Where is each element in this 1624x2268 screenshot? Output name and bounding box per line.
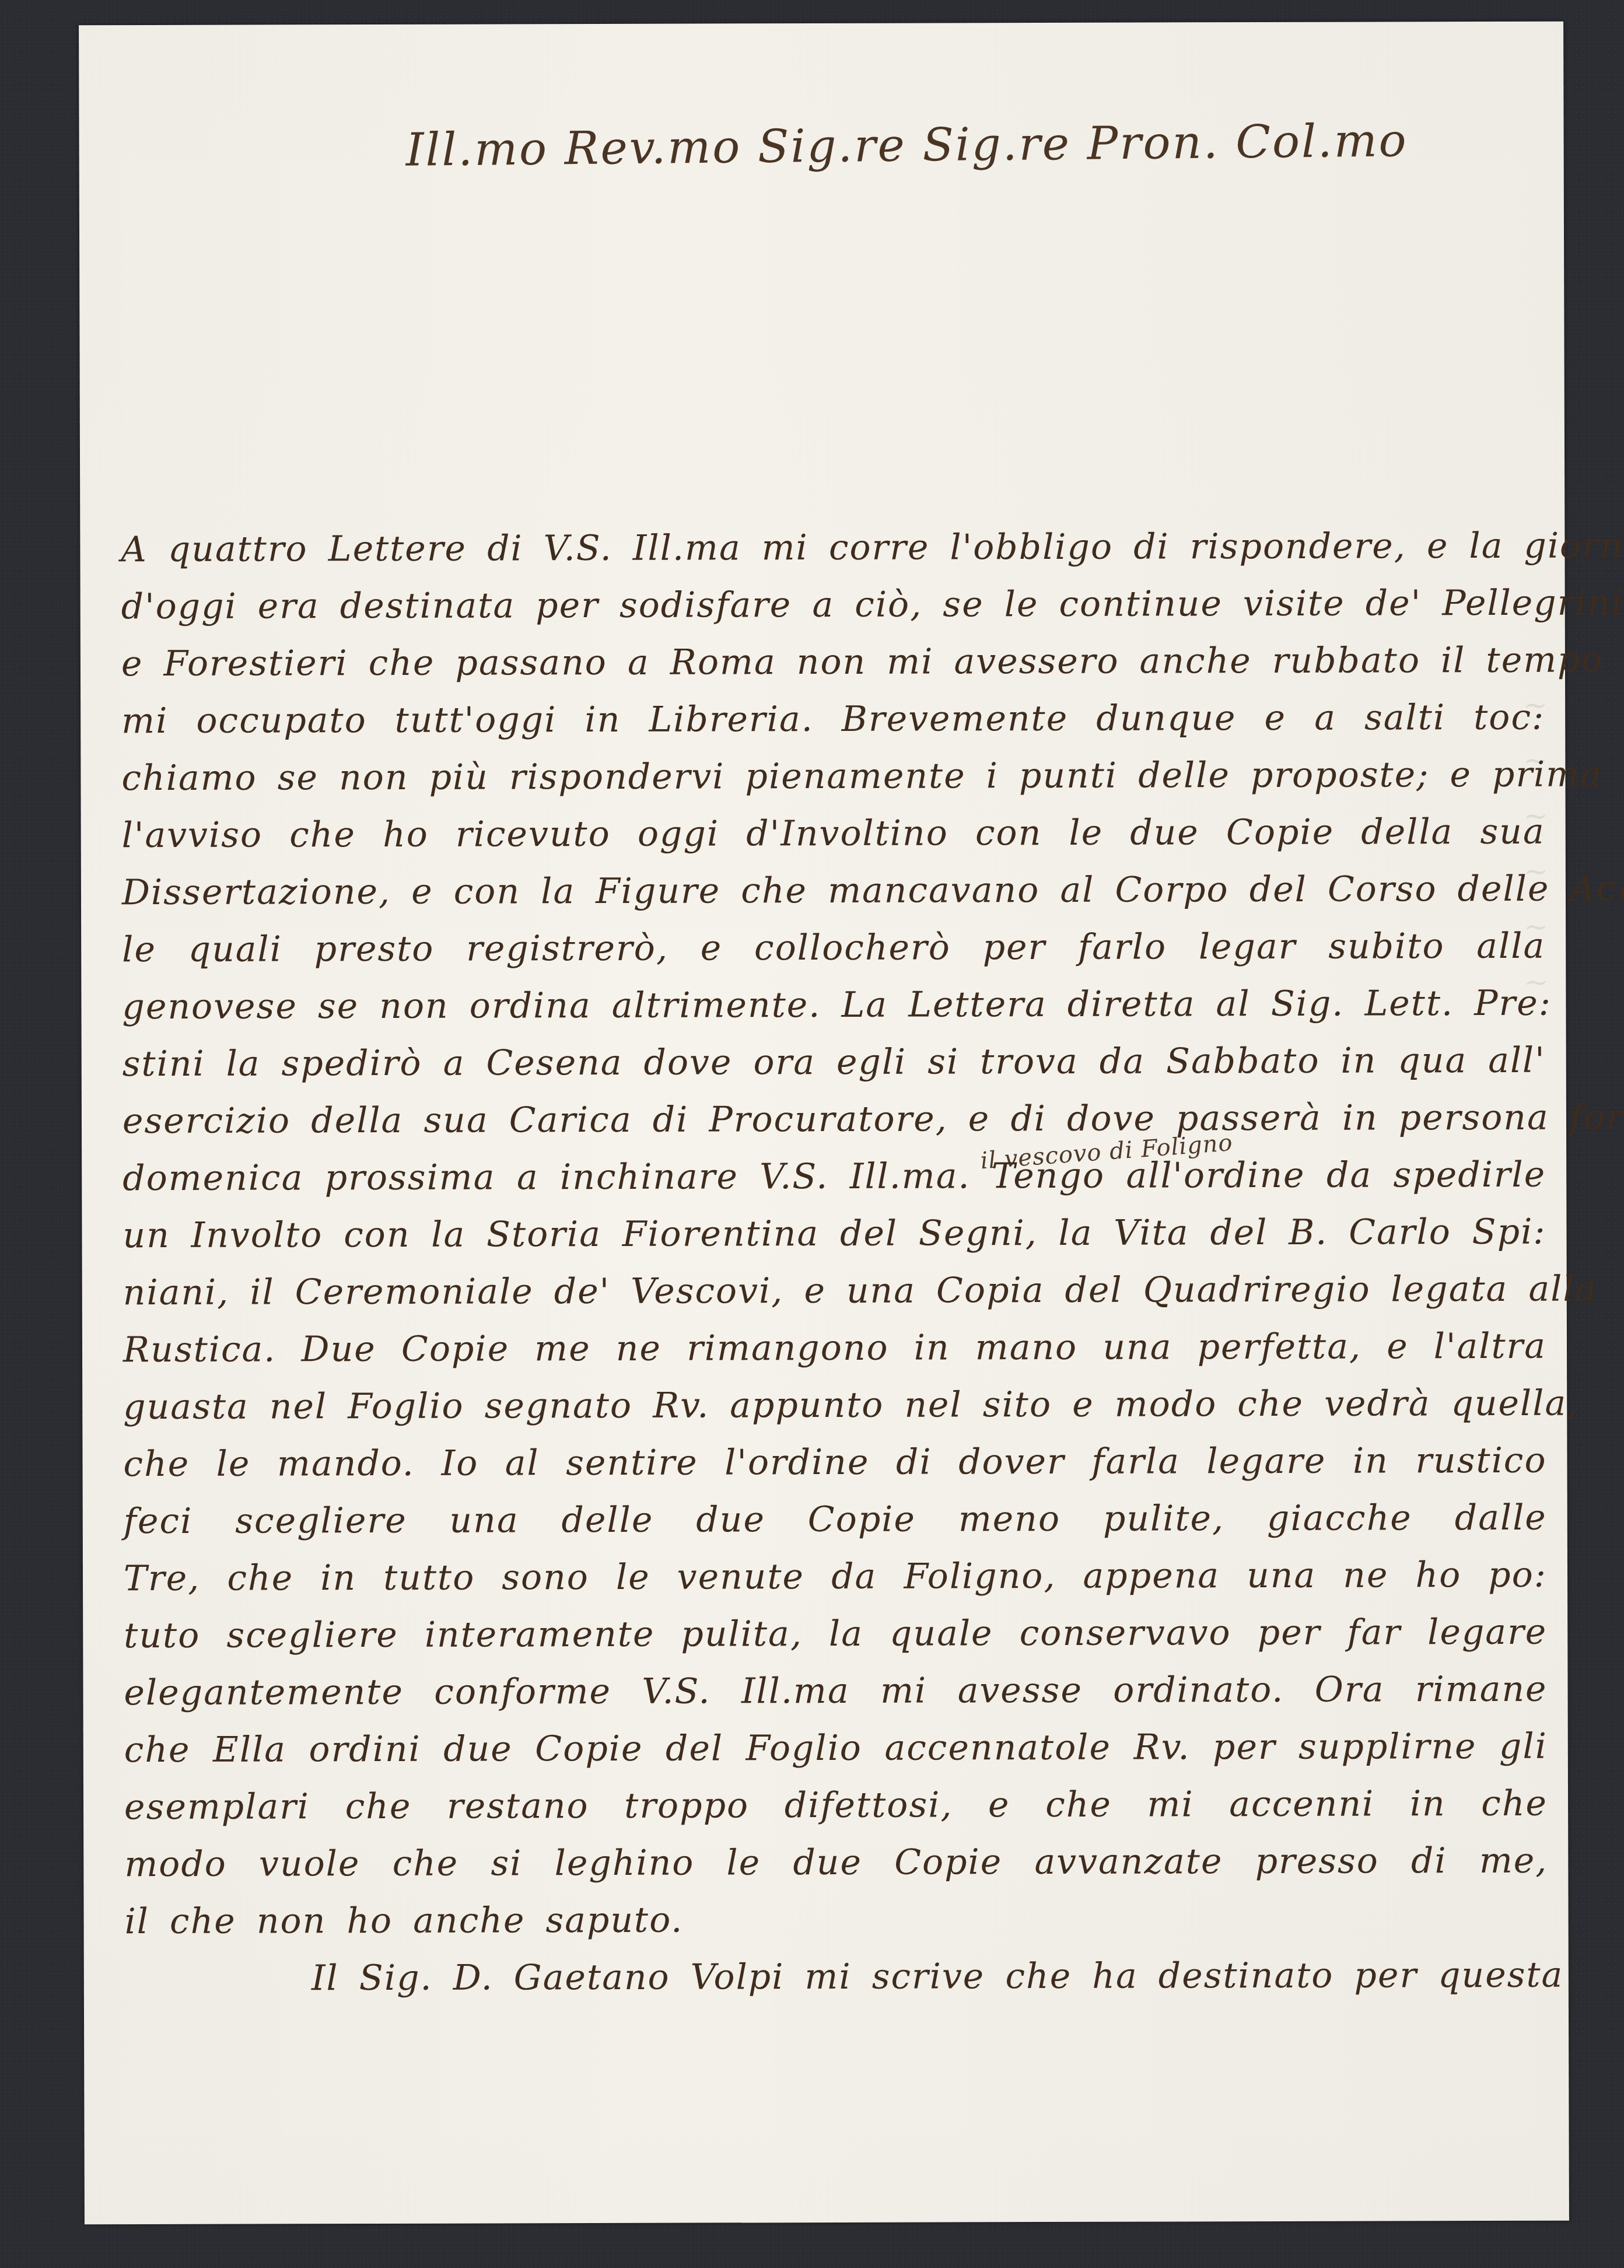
letter-line: chiamo se non più rispondervi pienamente… [121,746,1545,807]
letter-line: Rustica. Due Copie me ne rimangono in ma… [123,1318,1546,1378]
letter-line: modo vuole che si leghino le due Copie a… [124,1832,1548,1893]
letter-line: elegantemente conforme V.S. Ill.ma mi av… [124,1661,1547,1721]
letter-line: genovese se non ordina altrimente. La Le… [122,975,1545,1035]
letter-line: esemplari che restano troppo difettosi, … [124,1775,1548,1836]
letter-line: tuto scegliere interamente pulita, la qu… [124,1604,1547,1664]
letter-line: mi occupato tutt'oggi in Libreria. Breve… [121,689,1545,750]
letter-line: stini la spedirò a Cesena dove ora egli … [123,1032,1546,1093]
letter-line: il che non ho anche saputo. [124,1889,1548,1950]
letter-line: niani, il Ceremoniale de' Vescovi, e una… [123,1261,1546,1321]
letter-line: un Involto con la Storia Fiorentina del … [123,1203,1546,1264]
letter-line: A quattro Lettere di V.S. Ill.ma mi corr… [121,517,1544,578]
letter-line: e Forestieri che passano a Roma non mi a… [121,632,1545,692]
letter-line: le quali presto registrerò, e collocherò… [122,918,1545,978]
salutation-heading: Ill.mo Rev.mo Sig.re Sig.re Pron. Col.mo [405,114,1408,176]
letter-sheet: ~ ~ ~ ~ ~ ~ Ill.mo Rev.mo Sig.re Sig.re … [79,22,1569,2225]
letter-line: guasta nel Foglio segnato Rv. appunto ne… [123,1375,1546,1436]
letter-line: esercizio della sua Carica di Procurator… [123,1089,1546,1150]
letter-line: che le mando. Io al sentire l'ordine di … [123,1432,1546,1493]
letter-line: feci scegliere una delle due Copie meno … [124,1489,1547,1550]
letter-body: A quattro Lettere di V.S. Ill.ma mi corr… [121,517,1548,2007]
letter-line: che Ella ordini due Copie del Foglio acc… [124,1718,1548,1779]
letter-line: Il Sig. D. Gaetano Volpi mi scrive che h… [125,1947,1548,2007]
letter-line: domenica prossima a inchinare V.S. Ill.m… [123,1146,1546,1207]
letter-line: Tre, che in tutto sono le venute da Foli… [124,1546,1547,1607]
letter-line: d'oggi era destinata per sodisfare a ciò… [121,575,1545,635]
letter-line: l'avviso che ho ricevuto oggi d'Involtin… [122,803,1545,864]
letter-line: Dissertazione, e con la Figure che manca… [122,860,1545,921]
